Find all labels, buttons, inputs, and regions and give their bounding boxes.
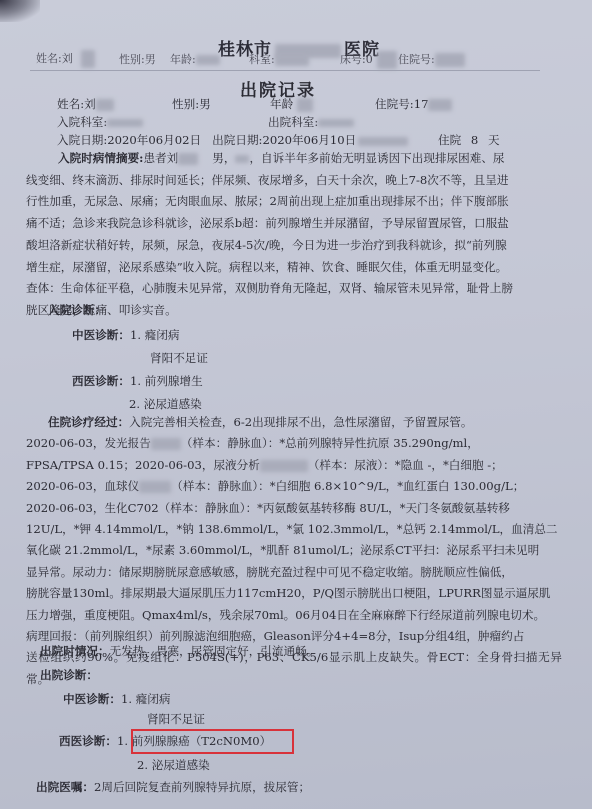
label: 科室: (249, 53, 275, 66)
label: 住院号: (398, 53, 435, 66)
header-age: 年龄: (170, 51, 220, 67)
value: 男 (199, 97, 211, 111)
course-text: 2020-06-03，发光报告 (26, 436, 151, 450)
admission-tcm-diagnosis: 中医诊断：1. 癃闭病 (72, 325, 180, 347)
summary-line: 查体：生命体征平稳，心肺腹未见异常，双侧肋脊角无隆起，双肾、输尿管未见异常，耻骨… (26, 278, 562, 300)
label: 年龄: (170, 53, 196, 66)
summary-line: 痛不适；急诊来我院急诊科就诊，泌尿系b超：前列腺增生并尿潴留，予导尿留置尿管，口… (26, 213, 562, 235)
course-text: （样本：静脉血）：*总前列腺特异性抗原 35.290ng/ml， (181, 436, 479, 450)
value: 男 (145, 53, 156, 66)
label: 住院 (438, 133, 461, 147)
redacted (96, 99, 114, 111)
summary-line: 胱区隆起，压痛、叩诊实音。 (26, 300, 562, 322)
label: 年龄 (270, 97, 293, 111)
summary-line: 线变细、终末滴沥、排尿时间延长；伴尿频、夜尿增多，白天十余次，晚上7-8次不等，… (26, 170, 562, 192)
admit-date-value: 2020年06月02日 (107, 133, 201, 147)
redacted (260, 460, 308, 472)
summary-text: 患者刘 (143, 151, 178, 165)
diagnosis-item: 1. 前列腺增生 (130, 374, 203, 388)
redacted (139, 481, 171, 493)
redacted (178, 153, 198, 165)
redacted (358, 137, 408, 146)
summary-text: ，自诉半年多前始无明显诱因下出现排尿困难、尿 (249, 151, 504, 165)
diagnosis-item: 2. 泌尿道感染 (137, 755, 210, 777)
days: 8 (471, 133, 478, 147)
patient-sex: 性别:男 (172, 94, 211, 116)
label: 西医诊断： (59, 734, 117, 748)
label: 中医诊断： (63, 692, 121, 706)
admission-diagnosis-heading: 入院诊断： (48, 300, 106, 322)
redacted (318, 119, 354, 127)
redacted (377, 51, 397, 69)
course-text: （样本：尿液）：*隐血 -，*白细胞 -； (308, 458, 503, 472)
unit: 天 (488, 133, 500, 147)
admission-number: 住院号:17 (375, 94, 452, 116)
discharge-status: 出院时情况：无发热，畏寒，尿管固定好，引流通畅。 (40, 641, 318, 663)
redacted (235, 155, 249, 163)
discharge-tcm-diagnosis: 中医诊断：1. 癃闭病 (63, 689, 171, 711)
summary-line: 行性加重，无尿急、尿痛；无肉眼血尿、脓尿；2周前出现上症加重出现排尿不出；伴下腹… (26, 191, 562, 213)
admit-date-label: 入院日期: (57, 133, 107, 147)
redacted (151, 438, 181, 450)
discharge-date-label: 出院日期: (212, 133, 262, 147)
value: 刘 (62, 52, 73, 65)
course-line: 氧化碳 21.2mmol/L，*尿素 3.60mmol/L，*肌酐 81umol… (26, 540, 562, 561)
redacted (81, 50, 95, 68)
label: 出院科室: (268, 115, 318, 129)
label: 性别: (119, 53, 145, 66)
course-text: （样本：静脉血）：*白细胞 6.8×10^9/L，*血红蛋白 130.00g/L… (171, 479, 524, 493)
label: 出院时情况： (40, 644, 110, 658)
redacted (297, 98, 313, 112)
label: 床号: (340, 53, 366, 66)
header-dept: 科室: (249, 51, 309, 67)
header-bed: 床号:0 (340, 51, 397, 69)
discharge-date-value: 2020年06月10日 (262, 133, 356, 147)
admission-summary: 入院时病情摘要:患者刘男，，自诉半年多前始无明显诱因下出现排尿困难、尿 线变细、… (26, 148, 562, 322)
summary-line: 酸坦洛新症状稍好转，尿频，尿急，夜尿4-5次/晚，今日为进一步治疗到我科就诊，拟… (26, 235, 562, 257)
course-text: 2020-06-03，血球仪 (26, 479, 139, 493)
label: 中医诊断： (72, 328, 130, 342)
diagnosis-item: 肾阳不足证 (150, 348, 208, 370)
redacted (275, 54, 309, 66)
value: 2周后回院复查前列腺特异抗原，拔尿管； (94, 780, 310, 794)
redacted (428, 99, 452, 111)
header-patient-name: 姓名:刘 (36, 50, 95, 68)
photo-shadow (0, 0, 40, 22)
redacted (107, 119, 143, 127)
label: 姓名: (57, 97, 84, 111)
summary-line: 增生症，尿潴留，泌尿系感染”收入院。病程以来，精神、饮食、睡眠欠佳，体重无明显变… (26, 257, 562, 279)
header-sex: 性别:男 (119, 51, 156, 67)
course-line: 2020-06-03，生化C702（样本：静脉血）：*丙氨酸氨基转移酶 8U/L… (26, 498, 562, 519)
value: 0 (366, 53, 373, 66)
redacted (435, 53, 465, 67)
label: 住院号: (375, 97, 414, 111)
label: 入院科室: (57, 115, 107, 129)
discharge-advice: 出院医嘱：2周后回院复查前列腺特异抗原，拔尿管； (36, 777, 310, 799)
label: 西医诊断： (72, 374, 130, 388)
course-line: 压力增强，重度梗阻。Qmax4ml/s，残余尿70ml。06月04日在全麻麻醉下… (26, 605, 562, 626)
highlight-box (131, 729, 294, 754)
header-admission-no: 住院号: (398, 51, 465, 67)
label: 姓名: (36, 52, 62, 65)
course-heading: 住院诊疗经过： (48, 415, 129, 429)
diagnosis-item: 肾阳不足证 (147, 709, 205, 731)
course-text: 入院完善相关检查，6-2出现排尿不出，急性尿潴留，予留置尿管。 (129, 415, 472, 429)
header-divider (30, 70, 540, 71)
course-line: 膀胱容量130ml。排尿期最大逼尿肌压力117cmH20，P/Q图示膀胱出口梗阻… (26, 583, 562, 604)
value: 刘 (84, 97, 96, 111)
course-line: 显异常。尿动力：储尿期膀胱尿意感敏感，膀胱充盈过程中可见不稳定收缩。膀胱顺应性偏… (26, 562, 562, 583)
diagnosis-item: 1. 癃闭病 (121, 692, 171, 706)
value: 无发热，畏寒，尿管固定好，引流通畅。 (110, 644, 319, 658)
admission-western-diagnosis: 西医诊断：1. 前列腺增生 (72, 371, 203, 393)
diagnosis-item: 1. 癃闭病 (130, 328, 180, 342)
label: 性别: (172, 97, 199, 111)
course-line: 12U/L，*钾 4.14mmol/L，*钠 138.6mmol/L，*氯 10… (26, 519, 562, 540)
label: 出院医嘱： (36, 780, 94, 794)
summary-heading: 入院时病情摘要: (58, 151, 143, 165)
value: 17 (414, 97, 429, 111)
summary-text: 男， (212, 151, 235, 165)
discharge-diagnosis-heading: 出院诊断： (40, 665, 98, 687)
redacted (196, 55, 220, 65)
course-text: FPSA/TPSA 0.15；2020-06-03，尿液分析 (26, 458, 260, 472)
